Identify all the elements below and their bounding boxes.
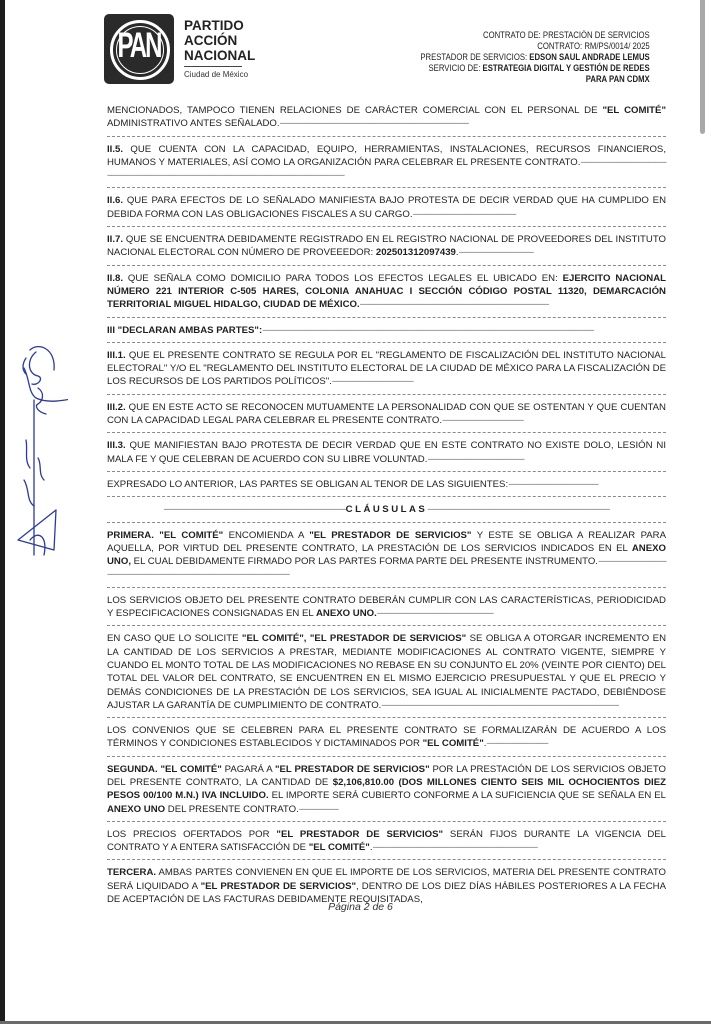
logo-mark: PAN bbox=[104, 27, 174, 68]
scrollbar[interactable] bbox=[697, 0, 711, 1024]
dashed-separator bbox=[107, 471, 666, 473]
dashed-separator bbox=[107, 226, 666, 228]
clause-iii-2: III.2. QUE EN ESTE ACTO SE RECONOCEN MUT… bbox=[107, 401, 666, 428]
dashed-separator bbox=[107, 187, 666, 189]
party-name: PARTIDO ACCIÓN NACIONAL bbox=[184, 18, 255, 63]
document-body: MENCIONADOS, TAMPOCO TIENEN RELACIONES D… bbox=[107, 104, 666, 906]
clause-iii-3: III.3. QUE MANIFIESTAN BAJO PROTESTA DE … bbox=[107, 439, 666, 466]
scrollbar-thumb[interactable] bbox=[700, 0, 705, 134]
section-iii-heading: III "DECLARAN AMBAS PARTES":------------… bbox=[107, 324, 666, 337]
dashed-separator bbox=[107, 265, 666, 267]
dashed-separator bbox=[107, 821, 666, 823]
pan-logo: PAN bbox=[104, 14, 174, 84]
party-name-line2: ACCIÓN bbox=[184, 33, 255, 48]
agreements-clause: LOS CONVENIOS QUE SE CELEBREN PARA EL PR… bbox=[107, 724, 666, 751]
handwritten-signature-icon bbox=[8, 340, 68, 565]
logo-divider bbox=[184, 66, 242, 67]
dashed-separator bbox=[107, 394, 666, 396]
service-description-cont: PARA PAN CDMX bbox=[421, 74, 650, 85]
service-description: SERVICIO DE: ESTRATEGIA DIGITAL Y GESTIÓ… bbox=[421, 63, 650, 74]
dashed-separator bbox=[107, 859, 666, 861]
party-city: Ciudad de México bbox=[184, 70, 248, 79]
clause-ii-6: II.6. QUE PARA EFECTOS DE LO SEÑALADO MA… bbox=[107, 194, 666, 221]
increment-clause: EN CASO QUE LO SOLICITE "EL COMITÉ", "EL… bbox=[107, 632, 666, 712]
dashed-separator bbox=[107, 625, 666, 627]
dashed-separator bbox=[107, 756, 666, 758]
dashed-separator bbox=[107, 432, 666, 434]
clause-primera: PRIMERA. "EL COMITÉ" ENCOMIENDA A "EL PR… bbox=[107, 529, 666, 582]
preamble-statement: EXPRESADO LO ANTERIOR, LAS PARTES SE OBL… bbox=[107, 478, 666, 491]
clause-ii-8: II.8. QUE SEÑALA COMO DOMICILIO PARA TOD… bbox=[107, 272, 666, 312]
dashed-separator bbox=[107, 717, 666, 719]
dashed-separator bbox=[107, 136, 666, 138]
clause-segunda: SEGUNDA. "EL COMITÉ" PAGARÁ A "EL PRESTA… bbox=[107, 763, 666, 816]
clause-ii-5: II.5. QUE CUENTA CON LA CAPACIDAD, EQUIP… bbox=[107, 143, 666, 183]
clause-ii-7: II.7. QUE SE ENCUENTRA DEBIDAMENTE REGIS… bbox=[107, 233, 666, 260]
contract-type: CONTRATO DE: PRESTACIÓN DE SERVICIOS bbox=[421, 30, 650, 41]
clausulas-heading: ----------------------------------------… bbox=[107, 503, 666, 516]
service-provider: PRESTADOR DE SERVICIOS: EDSON SAUL ANDRA… bbox=[421, 52, 650, 63]
page-number: Página 2 de 6 bbox=[0, 901, 711, 913]
party-name-line1: PARTIDO bbox=[184, 18, 255, 33]
dashed-separator bbox=[107, 342, 666, 344]
contract-info: CONTRATO DE: PRESTACIÓN DE SERVICIOS CON… bbox=[421, 30, 650, 85]
fixed-prices-clause: LOS PRECIOS OFERTADOS POR "EL PRESTADOR … bbox=[107, 828, 666, 855]
dashed-separator bbox=[107, 587, 666, 589]
dashed-separator bbox=[107, 317, 666, 319]
paragraph-continuation: MENCIONADOS, TAMPOCO TIENEN RELACIONES D… bbox=[107, 104, 666, 131]
party-name-line3: NACIONAL bbox=[184, 48, 255, 63]
viewer-left-edge bbox=[0, 0, 5, 1024]
services-requirements: LOS SERVICIOS OBJETO DEL PRESENTE CONTRA… bbox=[107, 594, 666, 621]
contract-number: CONTRATO: RM/PS/0014/ 2025 bbox=[421, 41, 650, 52]
dashed-separator bbox=[107, 496, 666, 498]
clause-iii-1: III.1. QUE EL PRESENTE CONTRATO SE REGUL… bbox=[107, 349, 666, 389]
dashed-separator bbox=[107, 522, 666, 524]
